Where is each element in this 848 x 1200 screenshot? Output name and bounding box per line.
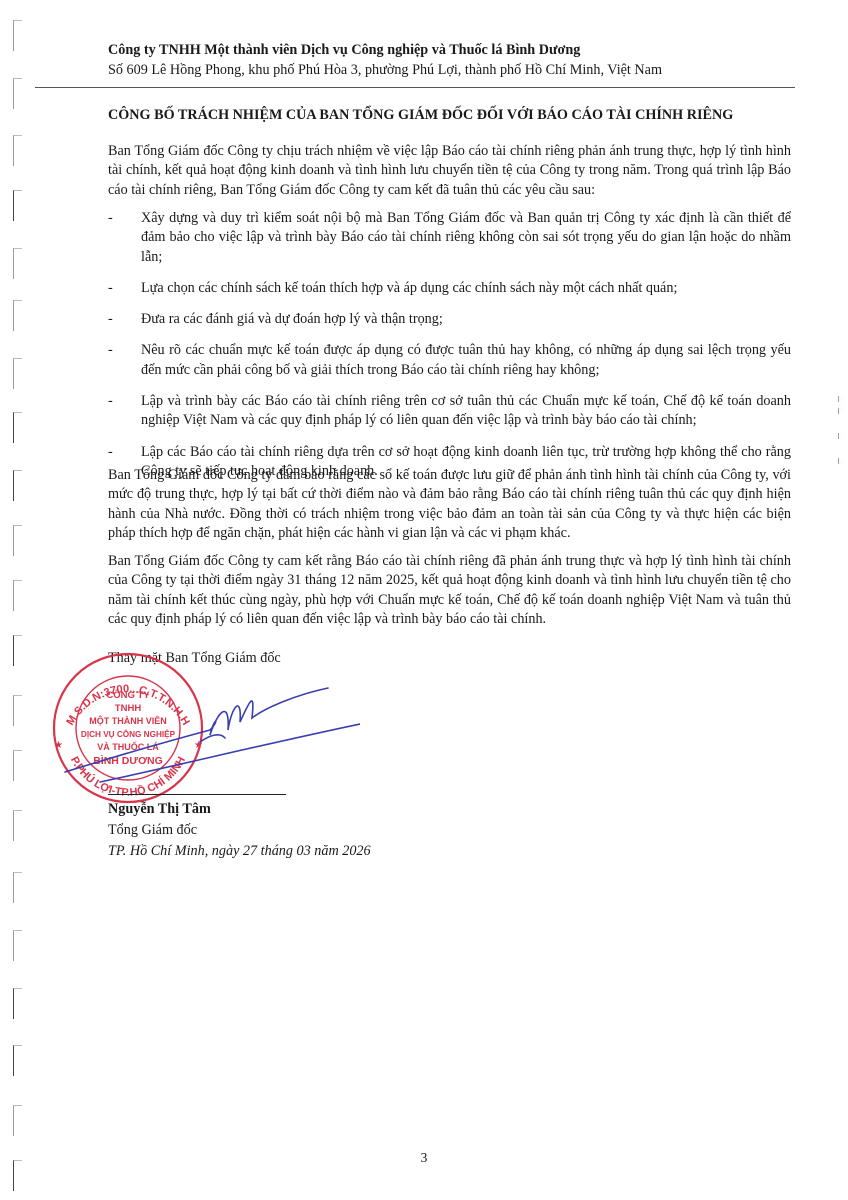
binder-mark — [13, 300, 22, 331]
signer-name: Nguyễn Thị Tâm — [108, 799, 211, 819]
binder-mark — [13, 872, 22, 903]
list-item: -Nêu rõ các chuẩn mực kế toán được áp dụ… — [108, 341, 791, 380]
binder-mark — [13, 358, 22, 389]
list-item-text: Đưa ra các đánh giá và dự đoán hợp lý và… — [141, 311, 443, 327]
document-title: CÔNG BỐ TRÁCH NHIỆM CỦA BAN TỔNG GIÁM ĐỐ… — [108, 105, 798, 125]
intro-paragraph: Ban Tổng Giám đốc Công ty chịu trách nhi… — [108, 142, 791, 200]
list-item: -Lập và trình bày các Báo cáo tài chính … — [108, 392, 791, 431]
binder-mark — [13, 695, 22, 726]
list-item: -Lựa chọn các chính sách kế toán thích h… — [108, 279, 791, 298]
binder-mark — [13, 635, 22, 666]
list-item-text: Lập và trình bày các Báo cáo tài chính r… — [141, 393, 791, 428]
edge-mark — [838, 396, 839, 402]
bullet-dash: - — [108, 279, 113, 298]
binder-mark — [13, 525, 22, 556]
accounting-records-paragraph: Ban Tổng Giám đốc Công ty đảm bảo rằng c… — [108, 466, 791, 543]
binder-mark — [13, 470, 22, 501]
binder-mark — [13, 1105, 22, 1136]
list-item-text: Lựa chọn các chính sách kế toán thích hợ… — [141, 280, 677, 296]
bullet-dash: - — [108, 341, 113, 360]
list-item-text: Xây dựng và duy trì kiểm soát nội bộ mà … — [141, 210, 791, 265]
signer-position: Tổng Giám đốc — [108, 820, 197, 840]
binder-mark — [13, 248, 22, 279]
list-item: -Đưa ra các đánh giá và dự đoán hợp lý v… — [108, 310, 791, 329]
header-divider — [35, 87, 795, 88]
binder-mark — [13, 412, 22, 443]
binder-mark — [13, 810, 22, 841]
list-item: -Xây dựng và duy trì kiểm soát nội bộ mà… — [108, 209, 791, 267]
binder-mark — [13, 930, 22, 961]
page-number: 3 — [0, 1150, 848, 1166]
binder-mark — [13, 20, 22, 51]
company-address: Số 609 Lê Hồng Phong, khu phố Phú Hòa 3,… — [108, 60, 798, 80]
place-and-date: TP. Hồ Chí Minh, ngày 27 tháng 03 năm 20… — [108, 841, 371, 861]
letterhead: Công ty TNHH Một thành viên Dịch vụ Công… — [108, 40, 798, 80]
commitment-paragraph: Ban Tổng Giám đốc Công ty cam kết rằng B… — [108, 552, 791, 629]
bullet-dash: - — [108, 310, 113, 329]
binder-mark — [13, 580, 22, 611]
edge-mark — [838, 458, 839, 464]
list-item-text: Nêu rõ các chuẩn mực kế toán được áp dụn… — [141, 342, 791, 377]
bullet-dash: - — [108, 392, 113, 411]
binder-mark — [13, 78, 22, 109]
binder-mark — [13, 1045, 22, 1076]
bullet-dash: - — [108, 443, 113, 462]
bullet-dash: - — [108, 209, 113, 228]
company-name: Công ty TNHH Một thành viên Dịch vụ Công… — [108, 40, 798, 60]
binder-mark — [13, 190, 22, 221]
edge-mark — [838, 433, 839, 439]
edge-mark — [838, 408, 839, 414]
binder-mark — [13, 750, 22, 781]
binder-mark — [13, 988, 22, 1019]
signature-line — [108, 794, 286, 795]
binder-mark — [13, 135, 22, 166]
requirements-list: -Xây dựng và duy trì kiểm soát nội bộ mà… — [108, 209, 791, 493]
handwritten-signature-icon — [60, 660, 360, 790]
